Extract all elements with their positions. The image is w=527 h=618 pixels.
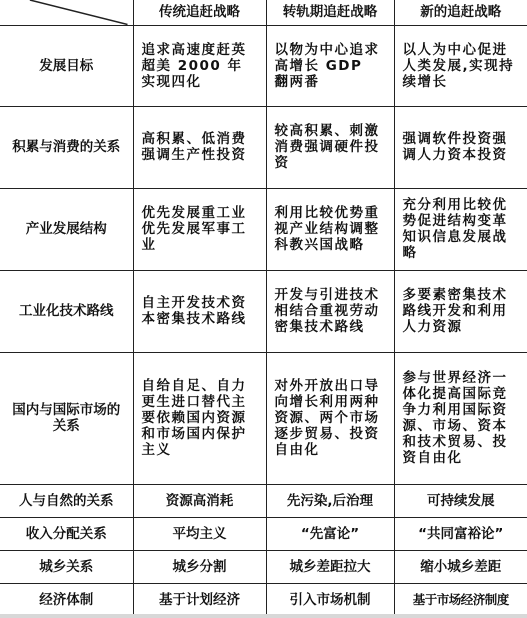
header-row: 传统追赶战略 转轨期追赶战略 新的追赶战略 [0, 0, 527, 25]
table-cell: 以人为中心促进人类发展,实现持续增长 [394, 25, 527, 106]
table-cell: 引入市场机制 [266, 583, 394, 616]
table-cell: 高积累、低消费强调生产性投资 [133, 106, 266, 188]
table-cell: 强调软件投资强调人力资本投资 [394, 106, 527, 188]
table-cell: 追求高速度赶英超美 2000 年实现四化 [133, 25, 266, 106]
table-row: 经济体制 基于计划经济 引入市场机制 基于市场经济制度 [0, 583, 527, 616]
catch-up-strategy-comparison-table: 传统追赶战略 转轨期追赶战略 新的追赶战略 发展目标 追求高速度赶英超美 200… [0, 0, 527, 617]
table-row: 城乡关系 城乡分割 城乡差距拉大 缩小城乡差距 [0, 550, 527, 583]
table-cell: “先富论” [266, 517, 394, 550]
row-label: 产业发展结构 [0, 188, 133, 270]
column-header-transition: 转轨期追赶战略 [266, 0, 394, 25]
table-row: 产业发展结构 优先发展重工业优先发展军事工业 利用比较优势重视产业结构调整科教兴… [0, 188, 527, 270]
table-cell: 较高积累、刺激消费强调硬件投资 [266, 106, 394, 188]
column-header-traditional: 传统追赶战略 [133, 0, 266, 25]
table-cell: 缩小城乡差距 [394, 550, 527, 583]
table-cell: 城乡差距拉大 [266, 550, 394, 583]
table-row: 发展目标 追求高速度赶英超美 2000 年实现四化 以物为中心追求高增长 GDP… [0, 25, 527, 106]
table-row: 工业化技术路线 自主开发技术资本密集技术路线 开发与引进技术相结合重视劳动密集技… [0, 270, 527, 352]
table-cell: 以物为中心追求高增长 GDP 翻两番 [266, 25, 394, 106]
table-cell: 自给自足、自力更生进口替代主要依赖国内资源和市场国内保护主义 [133, 352, 266, 484]
table-cell: 开发与引进技术相结合重视劳动密集技术路线 [266, 270, 394, 352]
table-row: 人与自然的关系 资源高消耗 先污染,后治理 可持续发展 [0, 484, 527, 517]
table-row: 积累与消费的关系 高积累、低消费强调生产性投资 较高积累、刺激消费强调硬件投资 … [0, 106, 527, 188]
row-label: 工业化技术路线 [0, 270, 133, 352]
table-cell: 基于市场经济制度 [394, 583, 527, 616]
table-cell: 先污染,后治理 [266, 484, 394, 517]
row-label: 人与自然的关系 [0, 484, 133, 517]
table-cell: 自主开发技术资本密集技术路线 [133, 270, 266, 352]
table-cell: 城乡分割 [133, 550, 266, 583]
table-cell: 利用比较优势重视产业结构调整科教兴国战略 [266, 188, 394, 270]
scan-edge [0, 614, 527, 618]
row-label: 发展目标 [0, 25, 133, 106]
table-cell: 对外开放出口导向增长利用两种资源、两个市场逐步贸易、投资自由化 [266, 352, 394, 484]
row-label: 城乡关系 [0, 550, 133, 583]
table-cell: 多要素密集技术路线开发和利用人力资源 [394, 270, 527, 352]
diagonal-divider-line [0, 0, 133, 25]
table-cell: 优先发展重工业优先发展军事工业 [133, 188, 266, 270]
table-cell: 基于计划经济 [133, 583, 266, 616]
table-cell: 平均主义 [133, 517, 266, 550]
corner-cell [0, 0, 133, 25]
table-row: 国内与国际市场的关系 自给自足、自力更生进口替代主要依赖国内资源和市场国内保护主… [0, 352, 527, 484]
table-row: 收入分配关系 平均主义 “先富论” “共同富裕论” [0, 517, 527, 550]
row-label: 收入分配关系 [0, 517, 133, 550]
row-label: 国内与国际市场的关系 [0, 352, 133, 484]
row-label: 积累与消费的关系 [0, 106, 133, 188]
table-cell: 参与世界经济一体化提高国际竞争力利用国际资源、市场、资本和技术贸易、投资自由化 [394, 352, 527, 484]
table-cell: 充分利用比较优势促进结构变革知识信息发展战略 [394, 188, 527, 270]
table-cell: “共同富裕论” [394, 517, 527, 550]
table-cell: 可持续发展 [394, 484, 527, 517]
table-cell: 资源高消耗 [133, 484, 266, 517]
column-header-new: 新的追赶战略 [394, 0, 527, 25]
row-label: 经济体制 [0, 583, 133, 616]
